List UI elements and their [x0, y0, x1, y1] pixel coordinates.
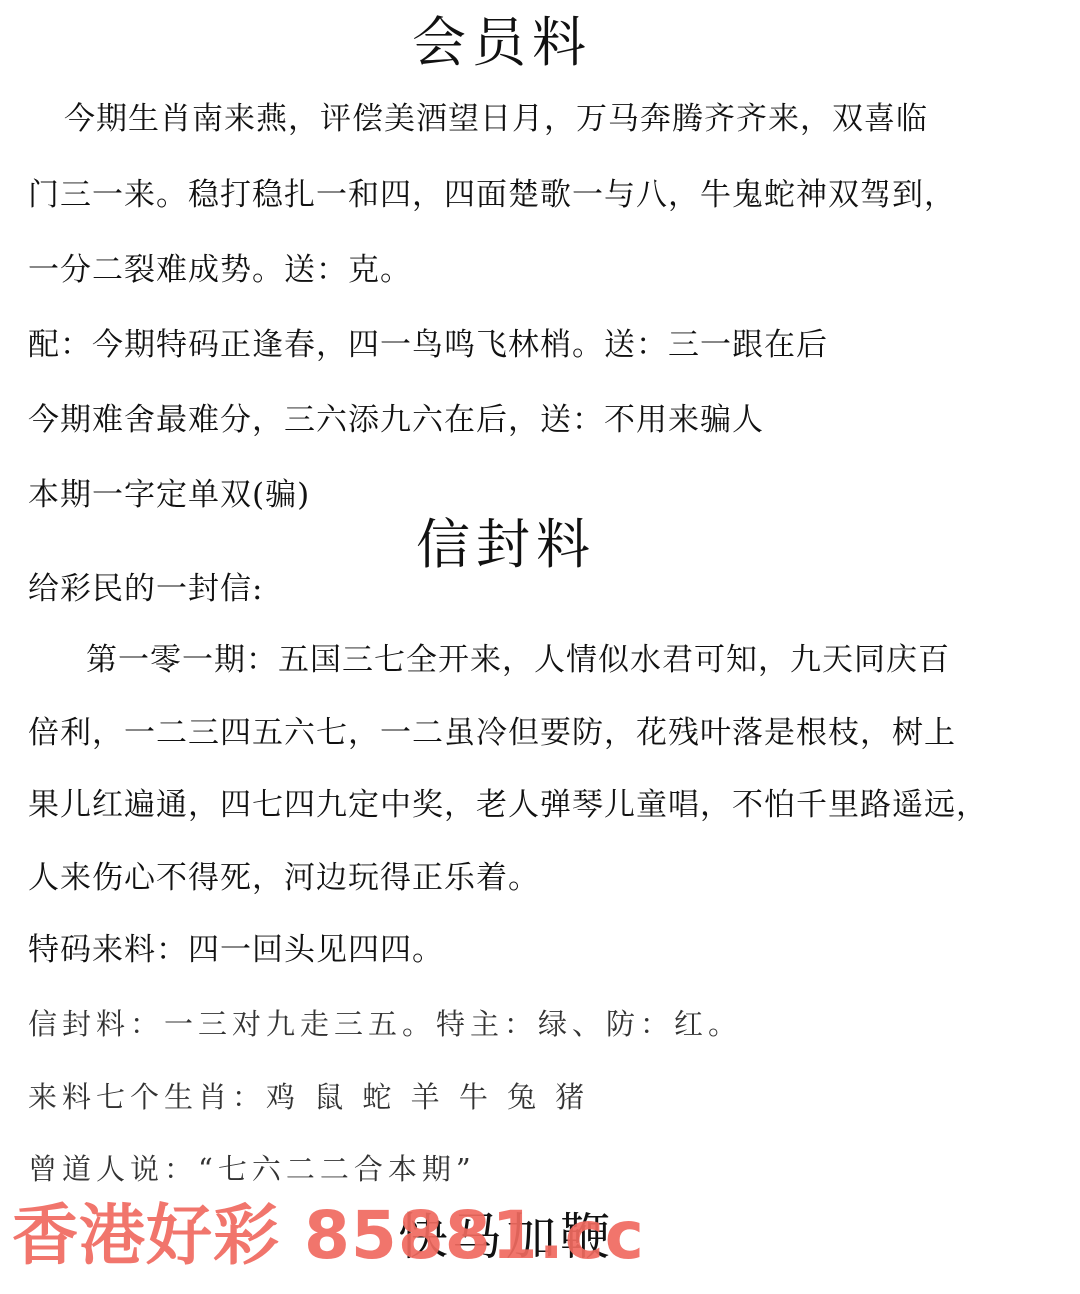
member-line-4: 配：今期特码正逢春，四一鸟鸣飞林梢。送：三一跟在后: [28, 330, 828, 361]
member-line-6: 本期一字定单双(骗): [28, 480, 310, 511]
watermark: 香港好彩 85881.cc: [12, 1203, 645, 1269]
member-line-2: 门三一来。稳打稳扎一和四，四面楚歌一与八，牛鬼蛇神双驾到，: [28, 180, 956, 211]
member-info-title: 会员料: [412, 16, 592, 70]
letter-line-3: 果儿红遍通，四七四九定中奖，老人弹琴儿童唱，不怕千里路遥远，: [28, 790, 988, 821]
note-quote: 曾道人说：“七六二二合本期”: [28, 1155, 476, 1184]
note-special-code: 特码来料：四一回头见四四。: [28, 935, 444, 966]
note-zodiac: 来料七个生肖：鸡 鼠 蛇 羊 牛 兔 猪: [28, 1083, 589, 1112]
member-line-1: 今期生肖南来燕，评偿美酒望日月，万马奔腾齐齐来，双喜临: [64, 104, 928, 135]
letter-line-2: 倍利，一二三四五六七，一二虽冷但要防，花残叶落是根枝，树上: [28, 718, 956, 749]
letter-line-1: 第一零一期：五国三七全开来，人情似水君可知，九天同庆百: [86, 645, 950, 676]
member-line-5: 今期难舍最难分，三六添九六在后，送：不用来骗人: [28, 405, 764, 436]
note-envelope: 信封料：一三对九走三五。特主：绿、防：红。: [28, 1010, 742, 1039]
letter-greeting: 给彩民的一封信:: [28, 574, 263, 605]
member-line-3: 一分二裂难成势。送：克。: [28, 255, 412, 286]
envelope-info-title: 信封料: [416, 518, 596, 572]
letter-line-4: 人来伤心不得死，河边玩得正乐着。: [28, 863, 540, 894]
